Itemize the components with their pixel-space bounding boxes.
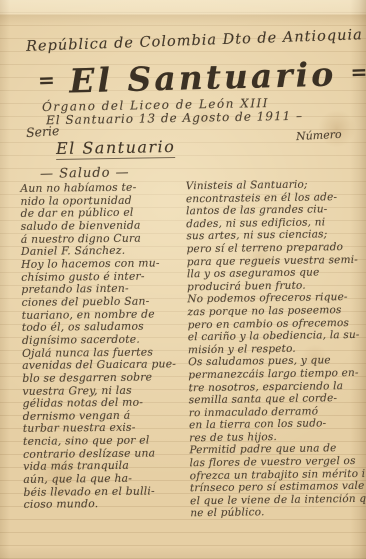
serie-label: Serie — [26, 123, 60, 140]
manuscript-line: cioso mundo. — [24, 498, 186, 512]
manuscript-line: para que regueis vuestra semi- — [187, 253, 365, 268]
manuscript-page: República de Colombia Dto de Antioquia =… — [0, 0, 366, 559]
manuscript-line: el cariño y la obediencia, la su- — [188, 329, 366, 344]
section-heading: — Saludo — — [40, 165, 130, 182]
manuscript-line: ne el público. — [190, 505, 366, 520]
masthead-decor-right: = — [350, 60, 366, 84]
numero-label: Número — [296, 128, 342, 143]
article-title: El Santuario — [56, 137, 176, 160]
masthead-title: El Santuario — [69, 55, 337, 101]
manuscript-line: tre nosotros, esparciendo la — [188, 379, 366, 394]
masthead: = El Santuario = — [38, 54, 366, 102]
masthead-decor-left: = — [38, 68, 55, 92]
header-region-line: República de Colombia Dto de Antioquia — [26, 27, 363, 55]
manuscript-column-right: Vinisteis al Santuario;encontrasteis en … — [186, 178, 366, 520]
manuscript-column-left: Aun no habíamos te-nido la oportunidadde… — [20, 181, 185, 512]
